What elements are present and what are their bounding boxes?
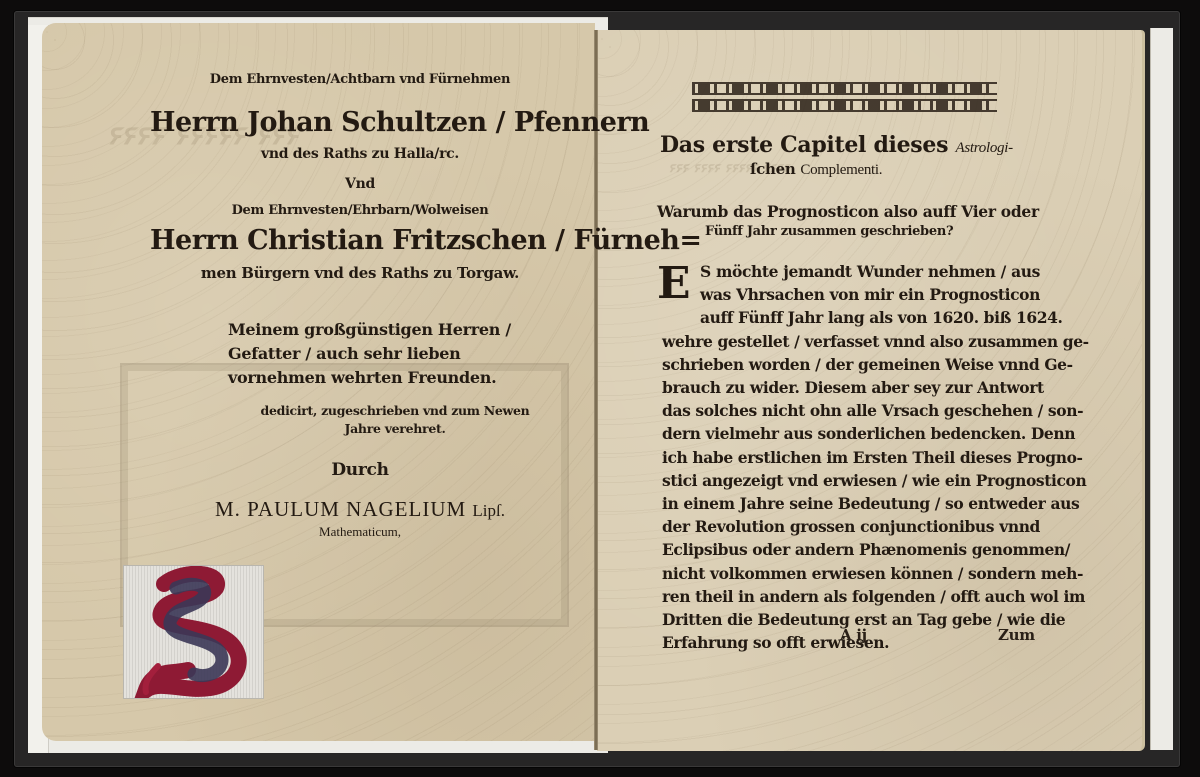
question-line-1: Warumb das Prognosticon also auff Vier o… <box>657 202 1037 221</box>
ornament-row <box>692 99 997 112</box>
decorated-initial-inlay <box>123 565 264 699</box>
body-line: was Vhrsachen von mir ein Prognosticon <box>662 283 1040 306</box>
body-line: in einem Jahre seine Bedeutung / so entw… <box>662 492 1040 515</box>
dedication-line-2: Dem Ehrnvesten/Ehrbarn/Wolweisen <box>150 203 570 218</box>
signature-mark: A ij <box>840 626 867 644</box>
initial-s-icon <box>124 566 263 698</box>
right-flyleaf <box>1150 28 1173 750</box>
chapter-body: S möchte jemandt Wunder nehmen / aus was… <box>662 260 1040 654</box>
chapter-heading-line2-b: Complementi. <box>800 162 882 178</box>
recipient-2-title: men Bürgern vnd des Raths zu Torgaw. <box>150 264 570 282</box>
author-name: M. PAULUM NAGELIUM <box>215 497 466 521</box>
recipient-1-name: Herrn Johan Schultzen / Pfennern <box>150 107 570 138</box>
question-line-2: Fünff Jahr zusammen geschrieben? <box>705 224 1005 239</box>
body-line: schrieben worden / der gemeinen Weise vn… <box>662 353 1040 376</box>
catchword: Zum <box>998 626 1035 644</box>
recipient-1-title: vnd des Raths zu Halla/rc. <box>150 146 570 162</box>
by-label: Durch <box>150 460 570 480</box>
body-line: dern vielmehr aus sonderlichen bedencken… <box>662 422 1040 445</box>
book-gutter <box>594 30 598 750</box>
dedication-line-1: Dem Ehrnvesten/Achtbarn vnd Fürnehmen <box>150 72 570 87</box>
chapter-heading-line-2: ſchen Complementi. <box>750 160 950 179</box>
body-line: brauch zu wider. Diesem aber sey zur Ant… <box>662 376 1040 399</box>
body-line: nicht volkommen erwiesen können / sonder… <box>662 562 1040 585</box>
address-paragraph: Meinem großgünstigen Herren / Gefatter /… <box>228 318 548 390</box>
body-line: das solches nicht ohn alle Vrsach gesche… <box>662 399 1040 422</box>
author-line: M. PAULUM NAGELIUM Lipſ. <box>150 497 570 522</box>
author-suffix: Lipſ. <box>472 501 505 520</box>
conjunction: Vnd <box>150 176 570 192</box>
ornamental-header-band <box>692 82 997 108</box>
chapter-heading: Das erste Capitel dieses Astrologi- <box>660 132 1030 158</box>
ornament-row <box>692 82 997 95</box>
body-line: ren theil in andern als folgenden / offt… <box>662 585 1040 608</box>
dedication-note: dedicirt, zugeschrieben vnd zum Newen Ja… <box>245 402 545 438</box>
body-line: S möchte jemandt Wunder nehmen / aus <box>662 260 1040 283</box>
body-line: stici angezeigt vnd erwiesen / wie ein P… <box>662 469 1040 492</box>
body-line: auff Fünff Jahr lang als von 1620. biß 1… <box>662 306 1040 329</box>
body-line: ich habe erstlichen im Ersten Theil dies… <box>662 446 1040 469</box>
author-title: Mathematicum, <box>150 524 570 540</box>
chapter-heading-italic: Astrologi- <box>956 140 1013 156</box>
body-line: der Revolution grossen conjunctionibus v… <box>662 515 1040 538</box>
chapter-heading-line2-a: ſchen <box>750 160 795 178</box>
recipient-2-name: Herrn Christian Fritzschen / Fürneh= <box>150 225 570 256</box>
body-line: wehre gestellet / verfasset vnnd also zu… <box>662 330 1040 353</box>
chapter-heading-main: Das erste Capitel dieses <box>660 132 948 158</box>
body-line: Eclipsibus oder andern Phænomenis genomm… <box>662 538 1040 561</box>
